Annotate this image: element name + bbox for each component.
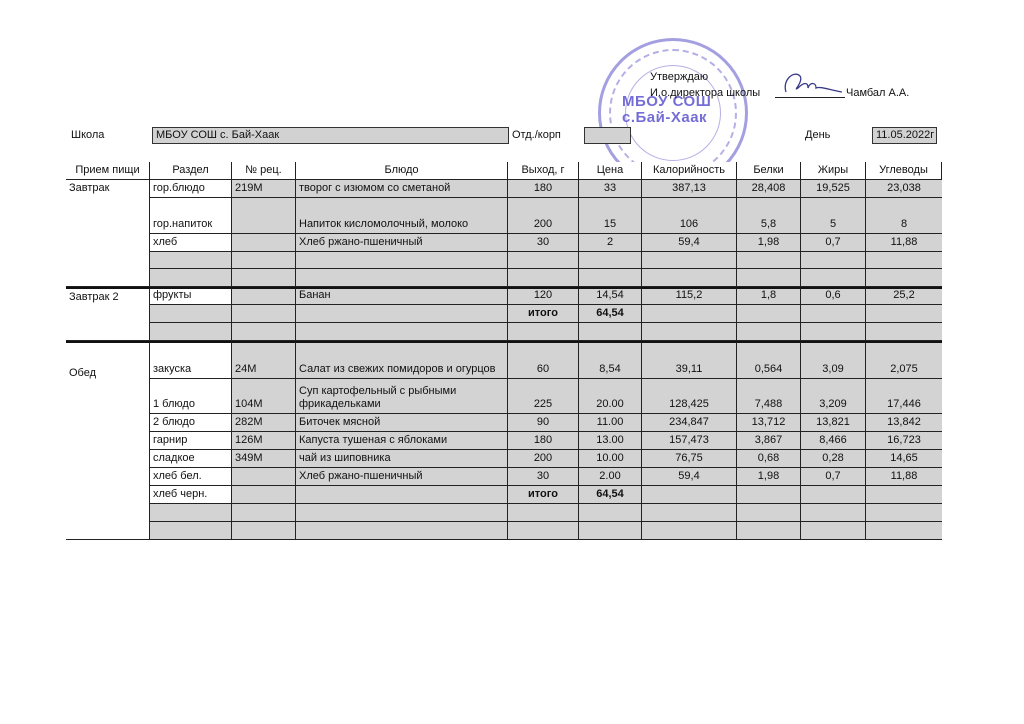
cell-protein: [737, 323, 801, 341]
cell-protein: 1,98: [737, 234, 801, 252]
cell-calories: [642, 504, 737, 522]
cell-price: [579, 269, 642, 287]
cell-fat: 0,6: [801, 287, 866, 305]
cell-carbs: [866, 504, 942, 522]
column-header: Углеводы: [866, 162, 942, 180]
cell-yield: 120: [508, 287, 579, 305]
cell-yield: 225: [508, 379, 579, 414]
cell-protein: 1,8: [737, 287, 801, 305]
cell-price: 11.00: [579, 414, 642, 432]
column-header: Выход, г: [508, 162, 579, 180]
cell-section: хлеб черн.: [150, 486, 232, 504]
cell-recipe: 126М: [232, 432, 296, 450]
cell-price: 2.00: [579, 468, 642, 486]
cell-recipe: [232, 252, 296, 269]
cell-recipe: [232, 504, 296, 522]
cell-yield: 60: [508, 341, 579, 379]
cell-calories: [642, 305, 737, 323]
cell-carbs: [866, 522, 942, 540]
cell-dish: чай из шиповника: [296, 450, 508, 468]
cell-recipe: 219М: [232, 180, 296, 198]
signature-icon: [774, 66, 844, 96]
cell-carbs: 25,2: [866, 287, 942, 305]
cell-calories: [642, 486, 737, 504]
cell-recipe: 282М: [232, 414, 296, 432]
cell-fat: 3,209: [801, 379, 866, 414]
cell-recipe: [232, 287, 296, 305]
cell-protein: 3,867: [737, 432, 801, 450]
menu-table: Прием пищиРаздел№ рец.БлюдоВыход, гЦенаК…: [66, 162, 942, 540]
cell-recipe: [232, 522, 296, 540]
cell-section: хлеб бел.: [150, 468, 232, 486]
cell-section: гарнир: [150, 432, 232, 450]
cell-price: 8,54: [579, 341, 642, 379]
cell-section: гор.блюдо: [150, 180, 232, 198]
cell-calories: 115,2: [642, 287, 737, 305]
cell-carbs: 23,038: [866, 180, 942, 198]
cell-carbs: 14,65: [866, 450, 942, 468]
cell-calories: [642, 252, 737, 269]
cell-protein: [737, 305, 801, 323]
cell-price: 33: [579, 180, 642, 198]
cell-price: 20.00: [579, 379, 642, 414]
day-field[interactable]: 11.05.2022г: [872, 127, 937, 144]
cell-calories: 234,847: [642, 414, 737, 432]
cell-calories: [642, 323, 737, 341]
cell-price: 10.00: [579, 450, 642, 468]
cell-section: [150, 504, 232, 522]
cell-calories: 157,473: [642, 432, 737, 450]
cell-fat: 5: [801, 198, 866, 234]
cell-recipe: [232, 486, 296, 504]
cell-calories: 387,13: [642, 180, 737, 198]
cell-fat: 0,7: [801, 468, 866, 486]
cell-protein: 28,408: [737, 180, 801, 198]
cell-carbs: 2,075: [866, 341, 942, 379]
cell-calories: 39,11: [642, 341, 737, 379]
cell-protein: 1,98: [737, 468, 801, 486]
cell-recipe: [232, 198, 296, 234]
branch-label: Отд./корп: [512, 128, 561, 142]
cell-section: фрукты: [150, 287, 232, 305]
cell-yield: 30: [508, 234, 579, 252]
cell-protein: 5,8: [737, 198, 801, 234]
cell-recipe: [232, 323, 296, 341]
cell-dish: Капуста тушеная с яблоками: [296, 432, 508, 450]
branch-field[interactable]: [584, 127, 631, 144]
column-header: Цена: [579, 162, 642, 180]
cell-yield: 180: [508, 432, 579, 450]
cell-section: 2 блюдо: [150, 414, 232, 432]
cell-fat: 8,466: [801, 432, 866, 450]
cell-yield: 30: [508, 468, 579, 486]
cell-dish: [296, 252, 508, 269]
cell-protein: [737, 486, 801, 504]
cell-section: [150, 305, 232, 323]
cell-protein: [737, 252, 801, 269]
cell-dish: [296, 522, 508, 540]
cell-calories: 106: [642, 198, 737, 234]
cell-dish: Банан: [296, 287, 508, 305]
cell-fat: 0,7: [801, 234, 866, 252]
cell-fat: [801, 305, 866, 323]
cell-section: [150, 323, 232, 341]
cell-section: [150, 269, 232, 287]
cell-carbs: 17,446: [866, 379, 942, 414]
cell-section: хлеб: [150, 234, 232, 252]
cell-calories: 76,75: [642, 450, 737, 468]
cell-section: 1 блюдо: [150, 379, 232, 414]
school-label: Школа: [71, 128, 104, 142]
cell-recipe: [232, 269, 296, 287]
school-field[interactable]: МБОУ СОШ с. Бай-Хаак: [152, 127, 509, 144]
cell-fat: [801, 504, 866, 522]
cell-dish: Суп картофельный с рыбными фрикадельками: [296, 379, 508, 414]
cell-price: 2: [579, 234, 642, 252]
cell-dish: Хлеб ржано-пшеничный: [296, 234, 508, 252]
cell-section: [150, 522, 232, 540]
signature-line: [775, 97, 845, 98]
cell-yield: 180: [508, 180, 579, 198]
cell-yield: [508, 269, 579, 287]
cell-yield: [508, 323, 579, 341]
cell-dish: Напиток кисломолочный, молоко: [296, 198, 508, 234]
meal-name: Завтрак 2: [66, 287, 150, 341]
day-label: День: [805, 128, 830, 142]
cell-carbs: [866, 486, 942, 504]
cell-yield: [508, 252, 579, 269]
cell-fat: [801, 323, 866, 341]
cell-carbs: [866, 269, 942, 287]
cell-price: 64,54: [579, 305, 642, 323]
cell-recipe: 349М: [232, 450, 296, 468]
cell-calories: 59,4: [642, 234, 737, 252]
cell-yield: 200: [508, 450, 579, 468]
cell-dish: [296, 269, 508, 287]
column-header: Жиры: [801, 162, 866, 180]
position-label: И.о.директора школы: [650, 86, 760, 100]
cell-dish: Хлеб ржано-пшеничный: [296, 468, 508, 486]
cell-carbs: [866, 252, 942, 269]
stamp-line-2: с.Бай-Хаак: [622, 110, 722, 126]
cell-protein: 7,488: [737, 379, 801, 414]
cell-carbs: [866, 323, 942, 341]
cell-carbs: 11,88: [866, 234, 942, 252]
cell-price: 15: [579, 198, 642, 234]
cell-dish: [296, 504, 508, 522]
meal-name: Завтрак: [66, 180, 150, 287]
cell-fat: [801, 486, 866, 504]
cell-calories: [642, 269, 737, 287]
cell-fat: 19,525: [801, 180, 866, 198]
cell-fat: 0,28: [801, 450, 866, 468]
cell-yield: 200: [508, 198, 579, 234]
column-header: Блюдо: [296, 162, 508, 180]
cell-price: 13.00: [579, 432, 642, 450]
cell-dish: [296, 323, 508, 341]
cell-fat: [801, 269, 866, 287]
cell-calories: 59,4: [642, 468, 737, 486]
cell-section: гор.напиток: [150, 198, 232, 234]
cell-price: [579, 522, 642, 540]
cell-price: 14,54: [579, 287, 642, 305]
cell-recipe: [232, 468, 296, 486]
cell-recipe: 104М: [232, 379, 296, 414]
cell-price: 64,54: [579, 486, 642, 504]
signer-name: Чамбал А.А.: [846, 86, 909, 100]
cell-calories: 128,425: [642, 379, 737, 414]
cell-dish: творог с изюмом со сметаной: [296, 180, 508, 198]
column-header: Раздел: [150, 162, 232, 180]
cell-carbs: [866, 305, 942, 323]
cell-protein: [737, 522, 801, 540]
cell-recipe: 24М: [232, 341, 296, 379]
cell-recipe: [232, 234, 296, 252]
cell-carbs: 16,723: [866, 432, 942, 450]
cell-protein: 13,712: [737, 414, 801, 432]
cell-recipe: [232, 305, 296, 323]
cell-dish: [296, 305, 508, 323]
cell-section: [150, 252, 232, 269]
cell-dish: Салат из свежих помидоров и огурцов: [296, 341, 508, 379]
cell-fat: [801, 252, 866, 269]
column-header: № рец.: [232, 162, 296, 180]
cell-yield: итого: [508, 305, 579, 323]
meal-name: Обед: [66, 341, 150, 540]
cell-protein: 0,564: [737, 341, 801, 379]
cell-price: [579, 504, 642, 522]
cell-fat: 3,09: [801, 341, 866, 379]
cell-yield: итого: [508, 486, 579, 504]
cell-fat: [801, 522, 866, 540]
cell-calories: [642, 522, 737, 540]
column-header: Калорийность: [642, 162, 737, 180]
cell-carbs: 8: [866, 198, 942, 234]
cell-fat: 13,821: [801, 414, 866, 432]
cell-yield: [508, 504, 579, 522]
cell-yield: 90: [508, 414, 579, 432]
cell-protein: [737, 269, 801, 287]
cell-dish: [296, 486, 508, 504]
cell-section: сладкое: [150, 450, 232, 468]
cell-price: [579, 252, 642, 269]
cell-protein: 0,68: [737, 450, 801, 468]
column-header: Прием пищи: [66, 162, 150, 180]
column-header: Белки: [737, 162, 801, 180]
cell-protein: [737, 504, 801, 522]
cell-dish: Биточек мясной: [296, 414, 508, 432]
approve-label: Утверждаю: [650, 70, 708, 84]
cell-yield: [508, 522, 579, 540]
cell-carbs: 13,842: [866, 414, 942, 432]
cell-carbs: 11,88: [866, 468, 942, 486]
cell-price: [579, 323, 642, 341]
cell-section: закуска: [150, 341, 232, 379]
